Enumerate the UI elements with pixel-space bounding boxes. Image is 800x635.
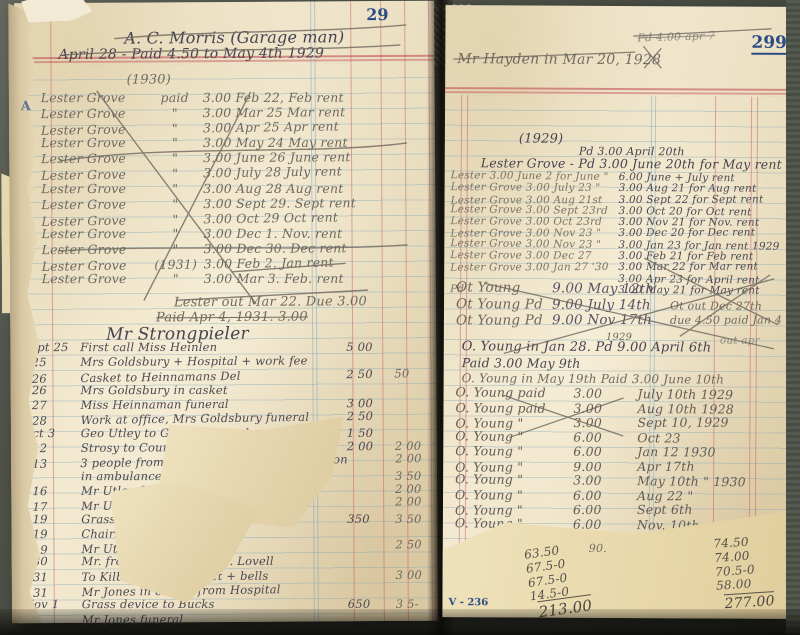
cell-a1 — [348, 463, 395, 464]
out-note-1: Lester out Mar 22. Due 3.00 — [174, 294, 367, 310]
print-code: V - 236 — [448, 597, 488, 608]
sum-column-right: 74.5074.0070.5-058.00 — [713, 532, 786, 592]
cell-m: " — [147, 105, 203, 120]
cell-a: 3.00 — [573, 386, 637, 402]
cell-t: Mrs Goldsbury in casket — [80, 383, 346, 397]
ledger-row: Ot Young Pd9.00 Nov 17thdue 4.50 paid Ja… — [456, 311, 788, 328]
ledger-row: O. Young paid3.00July 10th 1929 — [456, 384, 788, 402]
cell-a: 3.00 — [573, 473, 637, 489]
cell-p: Ot Young Pd — [456, 296, 552, 313]
cell-m: " — [147, 166, 203, 182]
cell-a1 — [347, 549, 395, 550]
cell-n: Lester Grove — [41, 181, 147, 196]
cell-n: Lester Grove — [41, 151, 147, 167]
cell-m: " — [147, 196, 203, 211]
ledger-row: Lester Grove"3.00 Dec 1. Nov. rent — [42, 226, 434, 241]
cell-p: Ot Young Pd — [456, 312, 552, 328]
cell-a: 6.00 — [573, 487, 637, 502]
account-subtitle: April 28 - Paid 4.50 to May 4th 1929 — [58, 45, 324, 63]
ledger-row: Lester Grove"3.00 Mar 3. Feb. rent — [42, 271, 434, 286]
cell-m: paid — [147, 90, 203, 105]
cell-i: 6.00 June + July rent — [619, 171, 787, 185]
cell-d: Apr 17th — [637, 458, 787, 474]
cell-p: Lester Grove 3.00 Nov 23 " — [450, 237, 618, 251]
book-shadow — [0, 609, 800, 635]
cell-d: May 10th " 1930 — [637, 473, 787, 490]
cell-n: Lester Grove — [41, 106, 147, 122]
cell-m: " — [147, 211, 203, 227]
page-number-right: 299 — [751, 33, 787, 55]
cell-t: 3.00 Dec 1. Nov. rent — [204, 226, 434, 241]
cell-x: due 4.50 paid Jan 4 — [670, 313, 788, 326]
ledger-row: " 26Mrs Goldsbury in casket — [22, 383, 432, 398]
cell-n: Lester Grove — [42, 241, 148, 257]
ledger-row: Lester Grove"3.00 Aug 28 Aug rent — [41, 180, 433, 195]
cell-i: 3.00 Sept 22 for Sept rent — [619, 193, 787, 206]
ledger-row: Lester Grovepaid3.00 Feb 22, Feb rent — [41, 90, 433, 105]
cell-a: 6.00 — [573, 502, 637, 517]
cell-p: Ot Young — [456, 279, 552, 296]
header-rule — [445, 87, 793, 90]
cell-a1: 2 50 — [346, 366, 394, 381]
cell-t: 3.00 Feb 22, Feb rent — [203, 90, 433, 105]
ledger-row: Lester Grove 3.00 Sept 23rd3.00 Oct 20 f… — [450, 203, 786, 218]
cell-d: July 10th 1929 — [637, 386, 787, 403]
ledger-row: Lester Grove"3.00 May 24 May rent — [41, 135, 433, 150]
cell-n: Lester Grove — [42, 271, 148, 286]
ledger-row: O. Young "6.00Sept 6th — [455, 501, 787, 517]
cell-t: 3.00 July 28 July rent — [203, 162, 433, 180]
cell-m: " — [147, 181, 203, 196]
ledger-row: Ot Young Pd9.00 July 14thOt out Dec 27th — [456, 296, 788, 313]
cell-n: Lester Grove — [41, 90, 147, 105]
oy-out-note: out apr — [720, 335, 760, 347]
cell-n: Lester Grove — [41, 135, 147, 150]
cell-a1: 1 50 — [347, 426, 395, 440]
cell-d: Sept 10, 1929 — [637, 414, 787, 430]
cell-p: O. Young " — [455, 428, 573, 444]
cell-p: Lester Grove 3.00 July 23 " — [451, 181, 619, 194]
header-rule — [445, 91, 793, 94]
cell-t: 3.00 Apr 25 Apr rent — [203, 117, 433, 135]
pencil-paid-note: Pd 4.00 apr 7 — [637, 29, 715, 44]
ledger-book: 29 A. C. Morris (Garage man) April 28 - … — [0, 0, 800, 635]
cell-m: " — [147, 135, 203, 150]
cell-m: " — [148, 226, 204, 241]
ledger-row: Ot Young9.00 May 12th — [456, 279, 788, 298]
cell-n: Lester Grove — [41, 196, 147, 212]
ledger-row: O. Young "3.00Sept 10, 1929 — [455, 414, 787, 430]
cell-i: 9.00 May 12th — [552, 280, 670, 297]
cell-p: Lester 3.00 June 2 for June " — [451, 169, 619, 183]
ot-young-block: Ot Young9.00 May 12thOt Young Pd9.00 Jul… — [456, 280, 788, 328]
cell-d: Sept 6th — [637, 501, 787, 517]
cell-t: 3.00 Feb 2. Jan rent — [204, 253, 434, 271]
ledger-row: O. Young "3.00May 10th " 1930 — [455, 471, 787, 489]
cell-p: O. Young " — [455, 471, 573, 487]
ledger-row: Sept 25First call Miss Heinlen5 00 — [22, 340, 432, 355]
cell-a1: 5 00 — [346, 340, 394, 354]
cell-t: 3.00 Aug 28 Aug rent — [203, 180, 433, 195]
left-page: 29 A. C. Morris (Garage man) April 28 - … — [14, 1, 438, 624]
cell-m: " — [147, 151, 203, 166]
cell-x — [670, 294, 788, 295]
right-page: 299 Pd 4.00 apr 7 Mr Hayden in Mar 20, 1… — [442, 5, 793, 619]
cell-i: 3.00 Dec 20 for Dec rent — [618, 227, 786, 240]
cell-p: O. Young paid — [456, 384, 574, 400]
ledger-row: Lester Grove 3.00 Nov 23 "3.00 Jan 23 fo… — [450, 237, 786, 252]
o-young-payments-block: O. Young paid3.00July 10th 1929O. Young … — [455, 385, 788, 532]
sum-mid: 90. — [589, 542, 607, 555]
cell-a1 — [347, 506, 395, 507]
cell-a1: 350 — [347, 511, 395, 525]
cell-t: 3.00 Mar 3. Feb. rent — [204, 271, 434, 286]
oy-paid-line: Paid 3.00 May 9th — [462, 355, 581, 371]
cell-a: 3.00 — [573, 400, 637, 415]
oy-in-line: O. Young in Jan 28. Pd 9.00 April 6th — [462, 339, 712, 355]
lester-grove-1930-block: Lester Grovepaid3.00 Feb 22, Feb rentLes… — [41, 89, 434, 288]
cell-p: O. Young " — [455, 487, 573, 503]
cell-t: 3.00 Oct 29 Oct rent — [203, 208, 433, 226]
cell-d: Oct 23 — [637, 430, 787, 447]
year-label-left: (1930) — [127, 72, 172, 87]
corner-print-mark: A — [21, 99, 31, 114]
cell-p: O. Young paid — [455, 400, 573, 416]
cell-n: Lester Grove — [42, 226, 148, 241]
cell-d: " 16 — [23, 484, 81, 498]
cell-m: " — [148, 271, 204, 286]
cell-p: O. Young " — [455, 443, 573, 459]
cell-a: 9.00 — [573, 458, 637, 473]
cell-a1 — [348, 592, 396, 593]
book-cover-edge — [786, 0, 800, 635]
cell-a: 6.00 — [573, 429, 637, 445]
cell-i: 3.00 Oct 20 for Oct rent — [618, 205, 786, 219]
cell-m: " — [148, 241, 204, 256]
ledger-row: O. Young "6.00Oct 23 — [455, 428, 787, 446]
cell-i: 9.00 Nov 17th — [552, 312, 670, 328]
page-number-left: 29 — [366, 5, 388, 24]
cell-a: 3.00 — [573, 415, 637, 430]
cell-p: Lester Grove 3.00 Sept 23rd — [450, 203, 618, 217]
cell-i: 9.00 July 14th — [552, 296, 670, 313]
cell-i: 3.00 Mar 22 for Mar rent — [618, 261, 786, 274]
cell-t: First call Miss Heinlen — [80, 340, 346, 354]
cell-d: " 27 — [23, 398, 81, 412]
cell-a: 6.00 — [573, 444, 637, 459]
cell-x: Ot out Dec 27th — [670, 299, 788, 313]
year-label-right: (1929) — [519, 131, 564, 146]
cell-m: (1931) — [148, 256, 204, 272]
cell-t: 3.00 May 24 May rent — [203, 135, 433, 150]
cell-i: 3.00 Jan 23 for Jan rent 1929 — [618, 239, 786, 253]
tenant-note: Mr Hayden in Mar 20, 1928 — [457, 51, 661, 68]
cell-a1: 2 50 — [347, 409, 395, 424]
lester-grove-1928-block: Lester 3.00 June 2 for June "6.00 June +… — [450, 170, 787, 296]
